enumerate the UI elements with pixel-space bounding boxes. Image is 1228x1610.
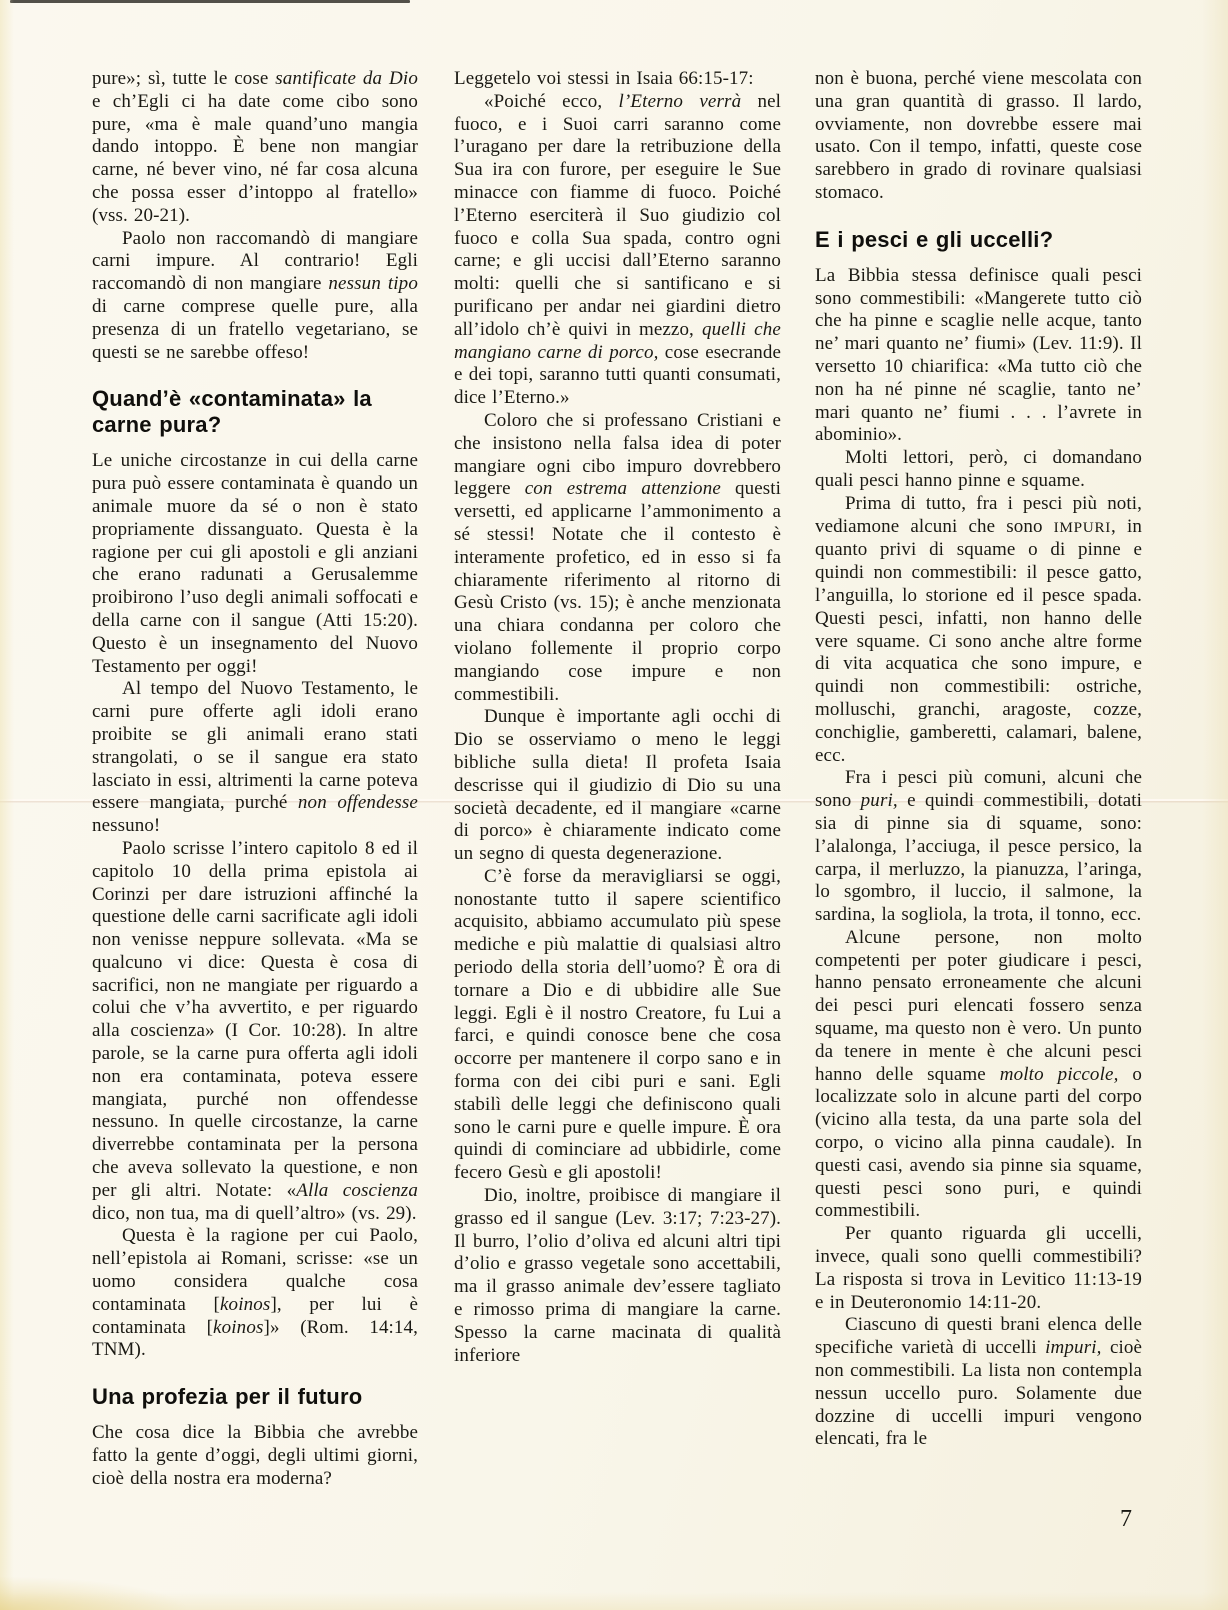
paragraph: Ciascuno di questi brani elenca delle sp… xyxy=(815,1314,1142,1451)
paragraph: Prima di tutto, fra i pesci più noti, ve… xyxy=(815,493,1142,768)
paper-left-edge xyxy=(0,0,14,1610)
paragraph: Che cosa dice la Bibbia che avrebbe fatt… xyxy=(92,1422,418,1490)
text-column-2: Leggetelo voi stessi in Isaia 66:15-17:«… xyxy=(454,68,781,1367)
magazine-page: { "page": { "background": "#f9f6ea", "te… xyxy=(0,0,1228,1610)
section-heading: Quand’è «contaminata» la carne pura? xyxy=(92,386,418,438)
paragraph: Molti lettori, però, ci domandano quali … xyxy=(815,447,1142,493)
paragraph: Questa è la ragione per cui Paolo, nell’… xyxy=(92,1225,418,1362)
section-heading: E i pesci e gli uccelli? xyxy=(815,227,1142,253)
paragraph: La Bibbia stessa definisce quali pesci s… xyxy=(815,265,1142,447)
paragraph: C’è forse da meravigliarsi se oggi, nono… xyxy=(454,866,781,1185)
paragraph: Le uniche circostanze in cui della carne… xyxy=(92,450,418,678)
page-number: 7 xyxy=(1120,1506,1132,1533)
paper-bottom-edge xyxy=(0,1592,1228,1610)
paragraph: «Poiché ecco, l’Eterno verrà nel fuoco, … xyxy=(454,91,781,410)
paragraph: non è buona, perché viene mescolata con … xyxy=(815,68,1142,205)
paragraph: pure»; sì, tutte le cose santificate da … xyxy=(92,68,418,228)
paragraph: Fra i pesci più comuni, alcuni che sono … xyxy=(815,767,1142,927)
paragraph: Alcune persone, non molto competenti per… xyxy=(815,927,1142,1223)
paragraph: Paolo scrisse l’intero capitolo 8 ed il … xyxy=(92,838,418,1226)
paragraph: Per quanto riguarda gli uccelli, invece,… xyxy=(815,1223,1142,1314)
text-column-3: non è buona, perché viene mescolata con … xyxy=(815,68,1142,1451)
paragraph: Leggetelo voi stessi in Isaia 66:15-17: xyxy=(454,68,781,91)
section-heading: Una profezia per il futuro xyxy=(92,1384,418,1410)
paragraph: Dunque è importante agli occhi di Dio se… xyxy=(454,706,781,866)
text-column-1: pure»; sì, tutte le cose santificate da … xyxy=(92,68,418,1491)
paper-right-edge xyxy=(1202,0,1228,1610)
paragraph: Paolo non raccomandò di mangiare carni i… xyxy=(92,228,418,365)
paragraph: Al tempo del Nuovo Testamento, le carni … xyxy=(92,678,418,838)
paragraph: Dio, inoltre, proibisce di mangiare il g… xyxy=(454,1185,781,1367)
paragraph: Coloro che si professano Cristiani e che… xyxy=(454,410,781,706)
paper-corner-stain xyxy=(0,1576,190,1610)
scan-edge-artifact xyxy=(10,0,410,3)
